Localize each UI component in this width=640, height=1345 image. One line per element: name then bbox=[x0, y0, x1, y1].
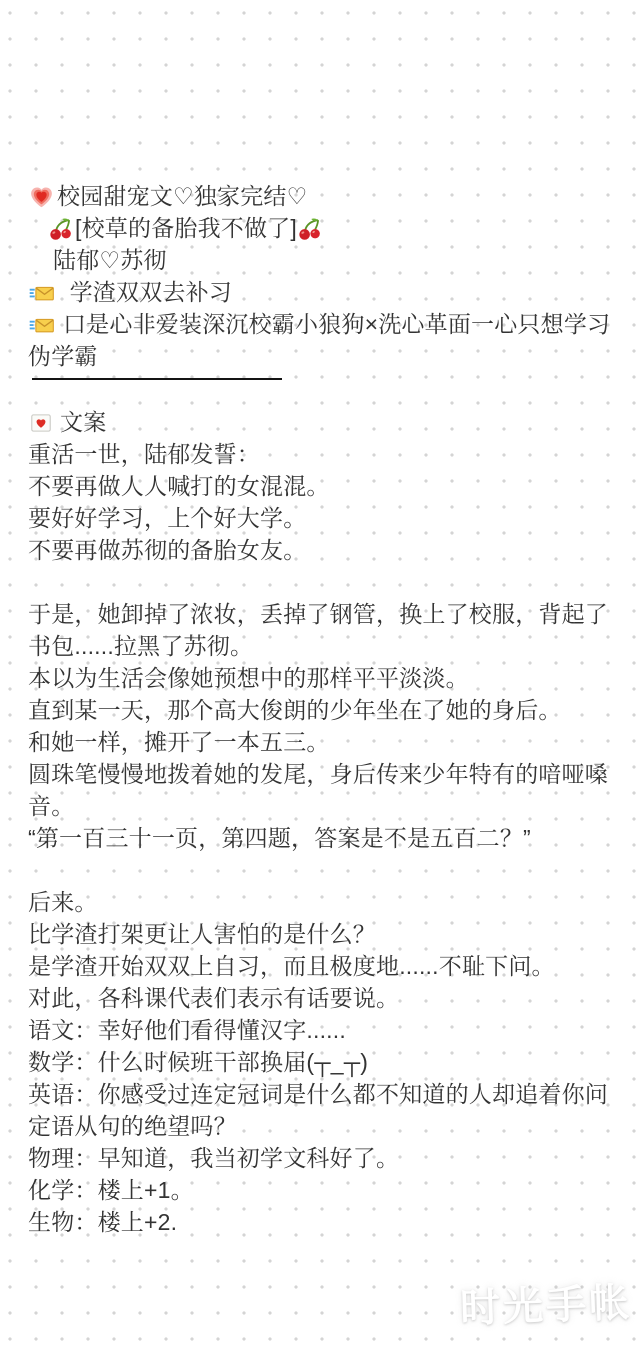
app-watermark: 时光手帐 bbox=[459, 1271, 633, 1334]
blank-line bbox=[28, 566, 626, 598]
text-line: 直到某一天，那个高大俊朗的少年坐在了她的身后。 bbox=[28, 694, 626, 726]
text-line: 重活一世，陆郁发誓： bbox=[28, 438, 626, 470]
note-page: 校园甜宠文♡独家完结♡ [校草的备胎我不做了] bbox=[0, 0, 640, 1345]
section-gap bbox=[28, 380, 626, 406]
tag-line-2: 口是心非爱装深沉校霸小狼狗×洗心革面一心只想学习伪学霸 bbox=[28, 308, 626, 372]
incoming-envelope-icon bbox=[28, 311, 55, 338]
book-name-text: [校草的备胎我不做了] bbox=[75, 215, 297, 241]
couple-text: 陆郁♡苏彻 bbox=[53, 247, 167, 273]
tag-line-1: 学渣双双去补习 bbox=[28, 276, 626, 308]
incoming-envelope-icon bbox=[28, 279, 55, 306]
growing-heart-icon bbox=[28, 183, 55, 210]
text-line: 物理：早知道，我当初学文科好了。 bbox=[28, 1142, 626, 1174]
text-line: 不要再做苏彻的备胎女友。 bbox=[28, 534, 626, 566]
tag-text-1: 学渣双双去补习 bbox=[63, 279, 232, 305]
blank-line bbox=[28, 854, 626, 886]
text-line: 是学渣开始双双上自习，而且极度地......不耻下问。 bbox=[28, 950, 626, 982]
text-line: 本以为生活会像她预想中的那样平平淡淡。 bbox=[28, 662, 626, 694]
text-line: 英语：你感受过连定冠词是什么都不知道的人却追着你问定语从句的绝望吗？ bbox=[28, 1078, 626, 1142]
text-line: “第一百三十一页，第四题，答案是不是五百二？” bbox=[28, 822, 626, 854]
text-line: 化学：楼上+1。 bbox=[28, 1174, 626, 1206]
synopsis-label: 文案 bbox=[60, 409, 106, 435]
cherries-icon bbox=[297, 215, 324, 242]
book-name-line: [校草的备胎我不做了] bbox=[28, 212, 626, 244]
text-line: 后来。 bbox=[28, 886, 626, 918]
text-line: 要好好学习，上个好大学。 bbox=[28, 502, 626, 534]
text-line: 比学渣打架更让人害怕的是什么？ bbox=[28, 918, 626, 950]
synopsis-label-line: 文案 bbox=[28, 406, 626, 438]
text-line: 生物：楼上+2. bbox=[28, 1206, 626, 1238]
text-line: 于是，她卸掉了浓妆，丢掉了钢管，换上了校服，背起了书包......拉黑了苏彻。 bbox=[28, 598, 626, 662]
title-text: 校园甜宠文♡独家完结♡ bbox=[57, 183, 307, 209]
cherries-icon bbox=[48, 215, 75, 242]
text-line: 和她一样，摊开了一本五三。 bbox=[28, 726, 626, 758]
text-line: 数学：什么时候班干部换届(┬_┬) bbox=[28, 1046, 626, 1078]
text-line: 圆珠笔慢慢地拨着她的发尾，身后传来少年特有的喑哑嗓音。 bbox=[28, 758, 626, 822]
love-letter-icon bbox=[28, 410, 54, 436]
couple-line: 陆郁♡苏彻 bbox=[28, 244, 626, 276]
tag-text-2: 口是心非爱装深沉校霸小狼狗×洗心革面一心只想学习伪学霸 bbox=[28, 311, 610, 369]
text-line: 对此，各科课代表们表示有话要说。 bbox=[28, 982, 626, 1014]
text-line: 不要再做人人喊打的女混混。 bbox=[28, 470, 626, 502]
title-line: 校园甜宠文♡独家完结♡ bbox=[28, 180, 626, 212]
text-line: 语文：幸好他们看得懂汉字...... bbox=[28, 1014, 626, 1046]
note-content: 校园甜宠文♡独家完结♡ [校草的备胎我不做了] bbox=[0, 0, 640, 1238]
